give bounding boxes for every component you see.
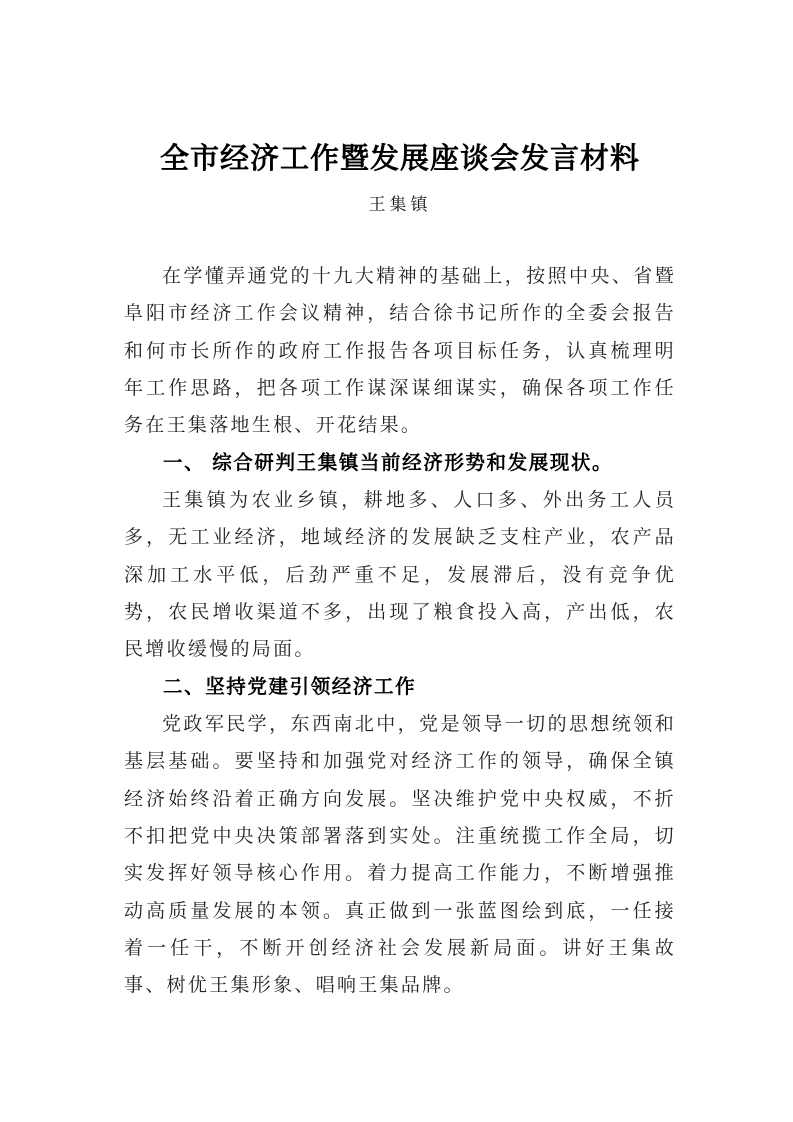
paragraph-section-2: 党政军民学，东西南北中，党是领导一切的思想统领和基层基础。要坚持和加强党对经济工… — [124, 706, 676, 1005]
document-body: 在学懂弄通党的十九大精神的基础上，按照中央、省暨阜阳市经济工作会议精神，结合徐书… — [124, 258, 676, 1005]
paragraph-intro: 在学懂弄通党的十九大精神的基础上，按照中央、省暨阜阳市经济工作会议精神，结合徐书… — [124, 258, 676, 445]
section-heading-1: 一、 综合研判王集镇当前经济形势和发展现状。 — [124, 445, 676, 482]
document-title: 全市经济工作暨发展座谈会发言材料 — [124, 138, 676, 180]
document-subtitle: 王集镇 — [124, 192, 676, 218]
document-page: 全市经济工作暨发展座谈会发言材料 王集镇 在学懂弄通党的十九大精神的基础上，按照… — [0, 0, 793, 1122]
paragraph-section-1: 王集镇为农业乡镇，耕地多、人口多、外出务工人员多，无工业经济，地域经济的发展缺乏… — [124, 482, 676, 669]
section-heading-2: 二、坚持党建引领经济工作 — [124, 669, 676, 706]
